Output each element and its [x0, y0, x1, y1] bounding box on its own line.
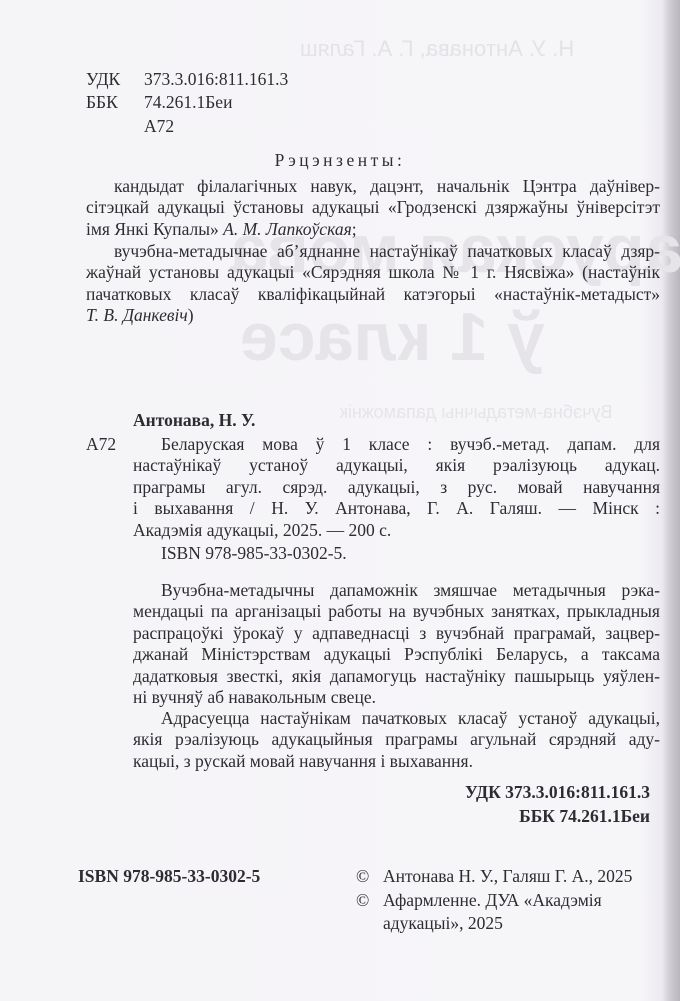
reviewer-2-line: пачатковых класаў кваліфікацыйнай катэго…: [86, 284, 660, 305]
udk-label: УДК: [86, 69, 120, 90]
index-bbk: ББК 74.261.1Беи: [360, 806, 650, 827]
reviewer-1-line: сітэцкай адукацыі ўстановы адукацыі «Гро…: [86, 197, 660, 218]
catalog-line: настаўнікаў устаноў адукацыі, якія рэалі…: [133, 455, 660, 476]
reviewer-2: вучэбна-метадычнае аб’яднанне настаўніка…: [86, 241, 660, 327]
catalog-line: Акадэмія адукацыі, 2025. — 200 с.: [133, 520, 660, 541]
author-mark: А72: [144, 116, 174, 137]
reviewer-2-suffix: ): [188, 305, 194, 325]
reviewer-2-line: жаўнай установы адукацыі «Сярэдняя школа…: [86, 262, 660, 283]
catalog-author-heading: Антонава, Н. У.: [133, 410, 255, 431]
reviewer-1-name: А. М. Лапкоўская: [223, 219, 352, 239]
footer-isbn: ISBN 978-985-33-0302-5: [78, 866, 260, 887]
catalog-isbn: ISBN 978-985-33-0302-5.: [161, 543, 347, 564]
reviewer-1-line: кандыдат філалагічных навук, дацэнт, нач…: [86, 176, 660, 197]
index-udk: УДК 373.3.016:811.161.3: [360, 782, 650, 803]
annotation-line: Вучэбна-метадычны дапаможнік змяшчае мет…: [133, 580, 660, 601]
catalog-line: і выхавання / Н. У. Антонава, Г. А. Галя…: [133, 498, 660, 519]
book-page: Н. У. Антонава, Г. А. Галяш Беларуская м…: [0, 0, 680, 1001]
copyright-design-line1: Афармленне. ДУА «Акадэмія: [383, 890, 602, 911]
bleed-through-genre: Вучэбна-метадычны дапаможнік: [340, 402, 612, 423]
udk-value: 373.3.016:811.161.3: [144, 69, 288, 90]
annotation-line: джанай Міністэрствам адукацыі Рэспублікі…: [133, 644, 660, 665]
annotation-line: дадатковыя звесткі, якія дапамогуць наст…: [133, 666, 660, 687]
annotation-line: кацыі, з рускай мовай навучання і выхава…: [133, 751, 660, 772]
catalog-description: Беларуская мова ў 1 класе : вучэб.-метад…: [133, 434, 660, 541]
annotation-line: ні вучняў аб навакольным свеце.: [133, 687, 660, 708]
copyright-icon: ©: [356, 890, 369, 911]
reviewer-1-last-line: імя Янкі Купалы» А. М. Лапкоўская;: [86, 219, 660, 240]
copyright-design-line2: адукацыі», 2025: [383, 913, 503, 934]
copyright-authors: Антонава Н. У., Галяш Г. А., 2025: [383, 866, 632, 887]
copyright-icon: ©: [356, 866, 369, 887]
reviewer-2-line: вучэбна-метадычнае аб’яднанне настаўніка…: [86, 241, 660, 262]
reviewer-1: кандыдат філалагічных навук, дацэнт, нач…: [86, 176, 660, 240]
catalog-author-mark: А72: [86, 434, 116, 455]
bbk-value: 74.261.1Беи: [144, 92, 232, 113]
bleed-through-authors: Н. У. Антонава, Г. А. Галяш: [300, 36, 574, 62]
reviewers-title: Рэцэнзенты:: [0, 150, 680, 171]
catalog-line: праграмы агул. сярэд. адукацыі, з рус. м…: [133, 477, 660, 498]
bbk-label: ББК: [86, 92, 118, 113]
catalog-line: Беларуская мова ў 1 класе : вучэб.-метад…: [133, 434, 660, 455]
reviewer-1-suffix: ;: [352, 219, 357, 239]
reviewer-2-last-line: Т. В. Данкевіч): [86, 305, 660, 326]
reviewer-2-name: Т. В. Данкевіч: [86, 305, 188, 325]
annotation-line: мендацыі па арганізацыі работы на вучэбн…: [133, 601, 660, 622]
reviewer-1-affiliation: імя Янкі Купалы»: [86, 219, 223, 239]
annotation-line: Адрасуецца настаўнікам пачатковых класаў…: [133, 708, 660, 729]
annotation-paragraph-2: Адрасуецца настаўнікам пачатковых класаў…: [133, 708, 660, 772]
annotation-line: якія рэалізуюць адукацыйныя праграмы агу…: [133, 729, 660, 750]
annotation-paragraph-1: Вучэбна-метадычны дапаможнік змяшчае мет…: [133, 580, 660, 708]
annotation-line: распрацоўкі ўрокаў у адпаведнасці з вучэ…: [133, 623, 660, 644]
